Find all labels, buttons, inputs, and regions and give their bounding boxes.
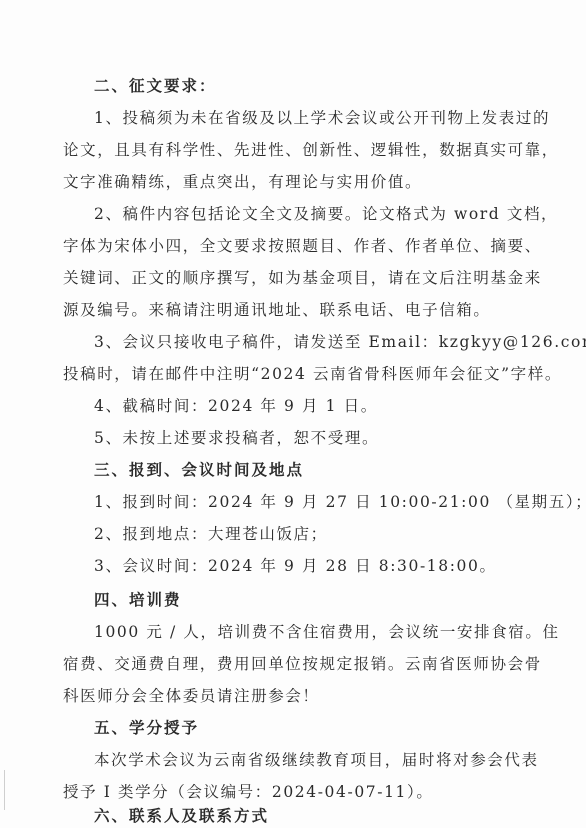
paragraph-line: 5、未按上述要求投稿者，恕不受理。 bbox=[94, 428, 564, 448]
paragraph-line: 授予 I 类学分（会议编号：2024-04-07-11）。 bbox=[63, 782, 533, 802]
paragraph-line-email: 3、会议只接收电子稿件，请发送至 Email：kzgkyy@126.com。 bbox=[94, 332, 564, 352]
paragraph-line: 本次学术会议为云南省级继续教育项目，届时将对参会代表 bbox=[94, 750, 564, 770]
section-heading-fee: 四、培训费 bbox=[94, 590, 564, 610]
paragraph-line: 1、投稿须为未在省级及以上学术会议或公开刊物上发表过的 bbox=[94, 108, 564, 128]
section-heading-credits: 五、学分授予 bbox=[94, 718, 564, 738]
deadline-line: 4、截稿时间：2024 年 9 月 1 日。 bbox=[94, 396, 564, 416]
paragraph-line: 宿费、交通费自理，费用回单位按规定报销。云南省医师协会骨 bbox=[63, 654, 533, 674]
registration-location-line: 2、报到地点：大理苍山饭店； bbox=[94, 524, 564, 544]
section-heading-schedule: 三、报到、会议时间及地点 bbox=[94, 460, 564, 480]
registration-time-line: 1、报到时间：2024 年 9 月 27 日 10:00-21:00 （星期五）… bbox=[94, 492, 564, 512]
meeting-time-line: 3、会议时间：2024 年 9 月 28 日 8:30-18:00。 bbox=[94, 556, 564, 576]
document-page: 二、征文要求： 1、投稿须为未在省级及以上学术会议或公开刊物上发表过的 论文，且… bbox=[0, 0, 586, 828]
page-edge-line bbox=[4, 770, 5, 810]
paragraph-line: 论文，且具有科学性、先进性、创新性、逻辑性，数据真实可靠， bbox=[63, 140, 533, 160]
paragraph-line: 关键词、正文的顺序撰写，如为基金项目，请在文后注明基金来 bbox=[63, 268, 533, 288]
paragraph-line: 字体为宋体小四，全文要求按照题目、作者、作者单位、摘要、 bbox=[63, 236, 533, 256]
paragraph-line: 源及编号。来稿请注明通讯地址、联系电话、电子信箱。 bbox=[63, 300, 533, 320]
paragraph-line: 投稿时，请在邮件中注明“2024 云南省骨科医师年会征文”字样。 bbox=[63, 364, 533, 384]
section-heading-requirements: 二、征文要求： bbox=[94, 76, 564, 96]
paragraph-line: 1000 元 / 人，培训费不含住宿费用，会议统一安排食宿。住 bbox=[94, 622, 564, 642]
section-heading-contact: 六、联系人及联系方式 bbox=[94, 806, 564, 826]
paragraph-line: 2、稿件内容包括论文全文及摘要。论文格式为 word 文档， bbox=[94, 204, 564, 224]
paragraph-line: 科医师分会全体委员请注册参会！ bbox=[63, 686, 533, 706]
paragraph-line: 文字准确精练，重点突出，有理论与实用价值。 bbox=[63, 172, 533, 192]
